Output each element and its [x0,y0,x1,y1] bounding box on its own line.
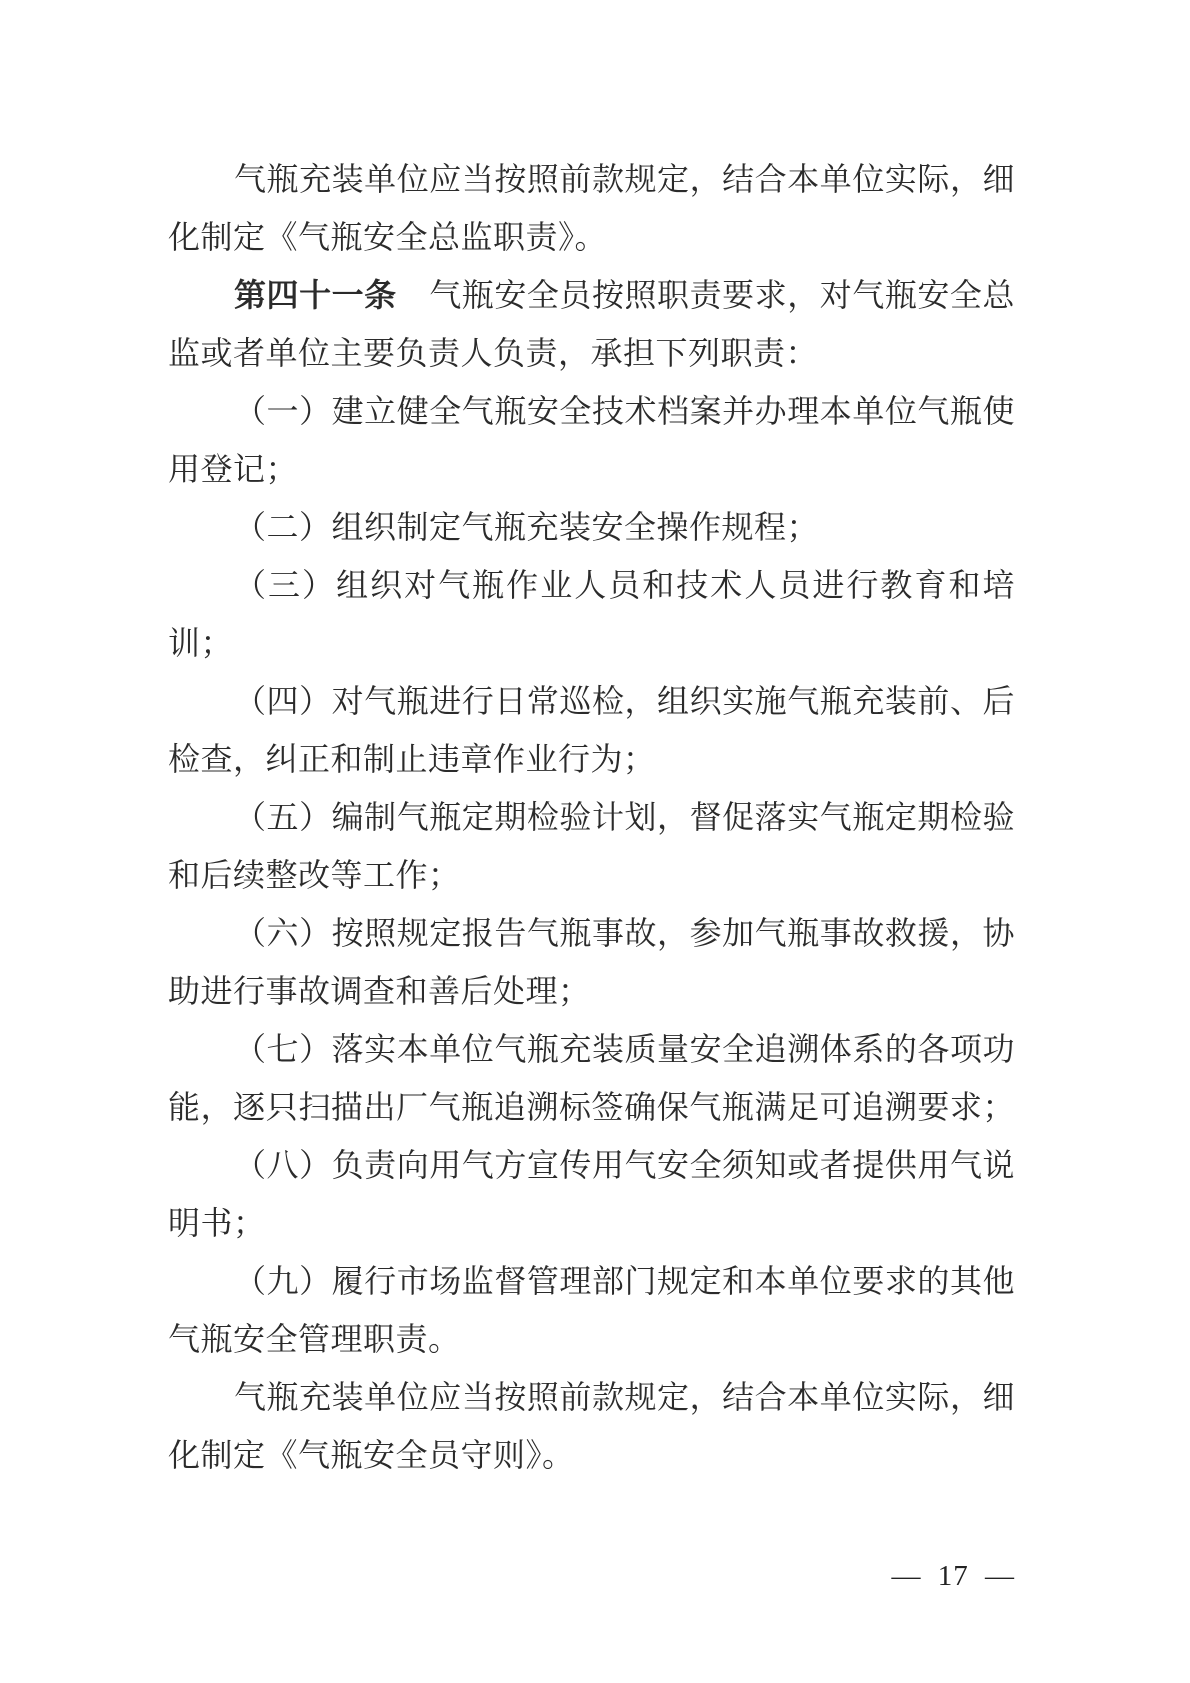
text-line: 第四十一条 气瓶安全员按照职责要求，对气瓶安全总 [168,266,1015,324]
text-run: 训； [168,625,233,661]
text-run: 化制定《气瓶安全总监职责》。 [168,219,607,255]
text-run: 化制定《气瓶安全员守则》。 [168,1437,575,1473]
text-run: （二）组织制定气瓶充装安全操作规程； [234,509,819,545]
text-line: （五）编制气瓶定期检验计划，督促落实气瓶定期检验 [168,788,1015,846]
text-run: 用登记； [168,451,298,487]
page-number: — 17 — [892,1556,1016,1596]
text-line: （三）组织对气瓶作业人员和技术人员进行教育和培 [168,556,1015,614]
text-run: （三）组织对气瓶作业人员和技术人员进行教育和培 [234,567,1015,603]
text-run: （七）落实本单位气瓶充装质量安全追溯体系的各项功 [234,1031,1015,1067]
text-run: 气瓶充装单位应当按照前款规定，结合本单位实际，细 [234,1379,1015,1415]
text-line: 用登记； [168,440,1015,498]
text-line: 化制定《气瓶安全员守则》。 [168,1426,1015,1484]
text-line: 监或者单位主要负责人负责，承担下列职责： [168,324,1015,382]
text-run: 能，逐只扫描出厂气瓶追溯标签确保气瓶满足可追溯要求； [168,1089,1015,1125]
text-line: （二）组织制定气瓶充装安全操作规程； [168,498,1015,556]
text-run: （一）建立健全气瓶安全技术档案并办理本单位气瓶使 [234,393,1015,429]
text-line: 助进行事故调查和善后处理； [168,962,1015,1020]
document-body: 气瓶充装单位应当按照前款规定，结合本单位实际，细化制定《气瓶安全总监职责》。第四… [168,150,1015,1484]
text-run: 检查，纠正和制止违章作业行为； [168,741,656,777]
text-run: 气瓶安全管理职责。 [168,1321,461,1357]
article-number: 第四十一条 [234,277,397,313]
text-line: 能，逐只扫描出厂气瓶追溯标签确保气瓶满足可追溯要求； [168,1078,1015,1136]
text-line: （七）落实本单位气瓶充装质量安全追溯体系的各项功 [168,1020,1015,1078]
text-line: （一）建立健全气瓶安全技术档案并办理本单位气瓶使 [168,382,1015,440]
text-line: （八）负责向用气方宣传用气安全须知或者提供用气说 [168,1136,1015,1194]
text-line: 训； [168,614,1015,672]
text-run: 气瓶安全员按照职责要求，对气瓶安全总 [397,277,1015,313]
text-run: （八）负责向用气方宣传用气安全须知或者提供用气说 [234,1147,1015,1183]
text-line: 气瓶充装单位应当按照前款规定，结合本单位实际，细 [168,1368,1015,1426]
document-page: 气瓶充装单位应当按照前款规定，结合本单位实际，细化制定《气瓶安全总监职责》。第四… [0,0,1190,1683]
text-run: 气瓶充装单位应当按照前款规定，结合本单位实际，细 [234,161,1015,197]
text-run: 明书； [168,1205,266,1241]
text-run: 监或者单位主要负责人负责，承担下列职责： [168,335,818,371]
text-line: （九）履行市场监督管理部门规定和本单位要求的其他 [168,1252,1015,1310]
text-line: 气瓶安全管理职责。 [168,1310,1015,1368]
text-line: 气瓶充装单位应当按照前款规定，结合本单位实际，细 [168,150,1015,208]
text-run: （五）编制气瓶定期检验计划，督促落实气瓶定期检验 [234,799,1015,835]
text-run: （四）对气瓶进行日常巡检，组织实施气瓶充装前、后 [234,683,1015,719]
text-run: （六）按照规定报告气瓶事故，参加气瓶事故救援，协 [234,915,1015,951]
text-run: （九）履行市场监督管理部门规定和本单位要求的其他 [234,1263,1015,1299]
text-line: （六）按照规定报告气瓶事故，参加气瓶事故救援，协 [168,904,1015,962]
text-run: 助进行事故调查和善后处理； [168,973,591,1009]
text-line: 检查，纠正和制止违章作业行为； [168,730,1015,788]
text-line: （四）对气瓶进行日常巡检，组织实施气瓶充装前、后 [168,672,1015,730]
text-line: 化制定《气瓶安全总监职责》。 [168,208,1015,266]
text-line: 明书； [168,1194,1015,1252]
text-line: 和后续整改等工作； [168,846,1015,904]
text-run: 和后续整改等工作； [168,857,461,893]
